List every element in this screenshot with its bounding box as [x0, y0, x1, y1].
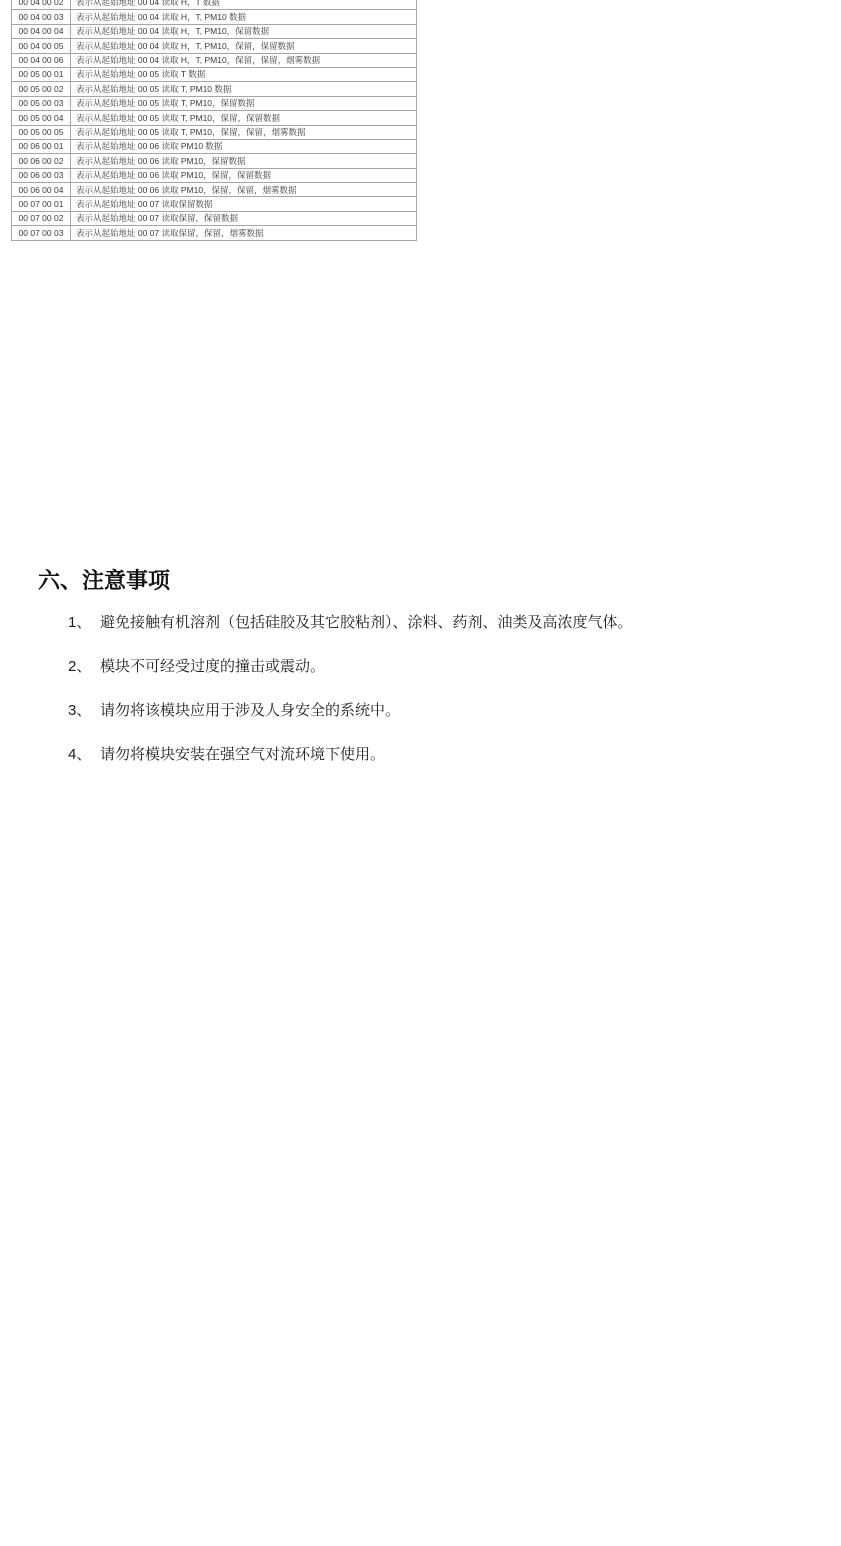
- code-cell: 00 04 00 06: [12, 53, 71, 67]
- code-cell: 00 04 00 03: [12, 10, 71, 24]
- code-cell: 00 06 00 03: [12, 168, 71, 182]
- desc-cell: 表示从起始地址 00 04 读取 H，T, PM10，保留，保留数据: [71, 39, 417, 53]
- desc-cell: 表示从起始地址 00 05 读取 T 数据: [71, 67, 417, 81]
- table-row: 00 05 00 05 表示从起始地址 00 05 读取 T, PM10，保留，…: [12, 125, 417, 139]
- item-number: 2、: [68, 657, 100, 676]
- desc-cell: 表示从起始地址 00 06 读取 PM10 数据: [71, 139, 417, 153]
- desc-cell: 表示从起始地址 00 07 读取保留，保留数据: [71, 211, 417, 225]
- table-row: 00 07 00 03 表示从起始地址 00 07 读取保留，保留，烟雾数据: [12, 226, 417, 240]
- list-item: 3、 请勿将该模块应用于涉及人身安全的系统中。: [68, 701, 633, 720]
- code-cell: 00 05 00 03: [12, 96, 71, 110]
- item-text: 请勿将该模块应用于涉及人身安全的系统中。: [100, 701, 400, 720]
- desc-cell: 表示从起始地址 00 04 读取 H，T, PM10 数据: [71, 10, 417, 24]
- table-row: 00 05 00 01 表示从起始地址 00 05 读取 T 数据: [12, 67, 417, 81]
- desc-cell: 表示从起始地址 00 04 读取 H，T 数据: [71, 0, 417, 10]
- code-cell: 00 04 00 02: [12, 0, 71, 10]
- table-row: 00 06 00 03 表示从起始地址 00 06 读取 PM10，保留，保留数…: [12, 168, 417, 182]
- desc-cell: 表示从起始地址 00 05 读取 T, PM10，保留，保留，烟雾数据: [71, 125, 417, 139]
- desc-cell: 表示从起始地址 00 04 读取 H，T, PM10，保留数据: [71, 24, 417, 38]
- table-row: 00 04 00 06 表示从起始地址 00 04 读取 H，T, PM10，保…: [12, 53, 417, 67]
- item-text: 模块不可经受过度的撞击或震动。: [100, 657, 325, 676]
- code-cell: 00 07 00 01: [12, 197, 71, 211]
- list-item: 2、 模块不可经受过度的撞击或震动。: [68, 657, 633, 676]
- table-row: 00 04 00 03 表示从起始地址 00 04 读取 H，T, PM10 数…: [12, 10, 417, 24]
- table-row: 00 04 00 02 表示从起始地址 00 04 读取 H，T 数据: [12, 0, 417, 10]
- document-page: 00 04 00 02 表示从起始地址 00 04 读取 H，T 数据 00 0…: [0, 0, 841, 1546]
- item-number: 3、: [68, 701, 100, 720]
- desc-cell: 表示从起始地址 00 04 读取 H，T, PM10，保留，保留，烟雾数据: [71, 53, 417, 67]
- table-row: 00 04 00 05 表示从起始地址 00 04 读取 H，T, PM10，保…: [12, 39, 417, 53]
- item-number: 1、: [68, 613, 100, 632]
- desc-cell: 表示从起始地址 00 06 读取 PM10，保留数据: [71, 154, 417, 168]
- table-row: 00 05 00 02 表示从起始地址 00 05 读取 T, PM10 数据: [12, 82, 417, 96]
- code-cell: 00 06 00 04: [12, 183, 71, 197]
- desc-cell: 表示从起始地址 00 05 读取 T, PM10 数据: [71, 82, 417, 96]
- code-cell: 00 06 00 01: [12, 139, 71, 153]
- code-cell: 00 05 00 04: [12, 111, 71, 125]
- table-row: 00 05 00 04 表示从起始地址 00 05 读取 T, PM10，保留，…: [12, 111, 417, 125]
- desc-cell: 表示从起始地址 00 06 读取 PM10，保留，保留，烟雾数据: [71, 183, 417, 197]
- code-cell: 00 06 00 02: [12, 154, 71, 168]
- table-row: 00 05 00 03 表示从起始地址 00 05 读取 T, PM10，保留数…: [12, 96, 417, 110]
- command-table: 00 04 00 02 表示从起始地址 00 04 读取 H，T 数据 00 0…: [11, 0, 417, 241]
- code-cell: 00 04 00 05: [12, 39, 71, 53]
- desc-cell: 表示从起始地址 00 07 读取保留，保留，烟雾数据: [71, 226, 417, 240]
- section-heading: 六、注意事项: [38, 568, 170, 594]
- table-row: 00 07 00 01 表示从起始地址 00 07 读取保留数据: [12, 197, 417, 211]
- desc-cell: 表示从起始地址 00 05 读取 T, PM10，保留，保留数据: [71, 111, 417, 125]
- code-cell: 00 07 00 03: [12, 226, 71, 240]
- item-number: 4、: [68, 745, 100, 764]
- item-text: 避免接触有机溶剂（包括硅胶及其它胶粘剂）、涂料、药剂、油类及高浓度气体。: [100, 613, 633, 632]
- table-row: 00 06 00 01 表示从起始地址 00 06 读取 PM10 数据: [12, 139, 417, 153]
- table-row: 00 07 00 02 表示从起始地址 00 07 读取保留，保留数据: [12, 211, 417, 225]
- code-cell: 00 05 00 01: [12, 67, 71, 81]
- table-row: 00 04 00 04 表示从起始地址 00 04 读取 H，T, PM10，保…: [12, 24, 417, 38]
- code-cell: 00 05 00 02: [12, 82, 71, 96]
- desc-cell: 表示从起始地址 00 05 读取 T, PM10，保留数据: [71, 96, 417, 110]
- item-text: 请勿将模块安装在强空气对流环境下使用。: [100, 745, 385, 764]
- list-item: 1、 避免接触有机溶剂（包括硅胶及其它胶粘剂）、涂料、药剂、油类及高浓度气体。: [68, 613, 633, 632]
- table-row: 00 06 00 04 表示从起始地址 00 06 读取 PM10，保留，保留，…: [12, 183, 417, 197]
- command-table-body: 00 04 00 02 表示从起始地址 00 04 读取 H，T 数据 00 0…: [12, 0, 417, 240]
- code-cell: 00 05 00 05: [12, 125, 71, 139]
- code-cell: 00 07 00 02: [12, 211, 71, 225]
- notes-list: 1、 避免接触有机溶剂（包括硅胶及其它胶粘剂）、涂料、药剂、油类及高浓度气体。 …: [68, 613, 633, 789]
- list-item: 4、 请勿将模块安装在强空气对流环境下使用。: [68, 745, 633, 764]
- code-cell: 00 04 00 04: [12, 24, 71, 38]
- desc-cell: 表示从起始地址 00 06 读取 PM10，保留，保留数据: [71, 168, 417, 182]
- table-row: 00 06 00 02 表示从起始地址 00 06 读取 PM10，保留数据: [12, 154, 417, 168]
- desc-cell: 表示从起始地址 00 07 读取保留数据: [71, 197, 417, 211]
